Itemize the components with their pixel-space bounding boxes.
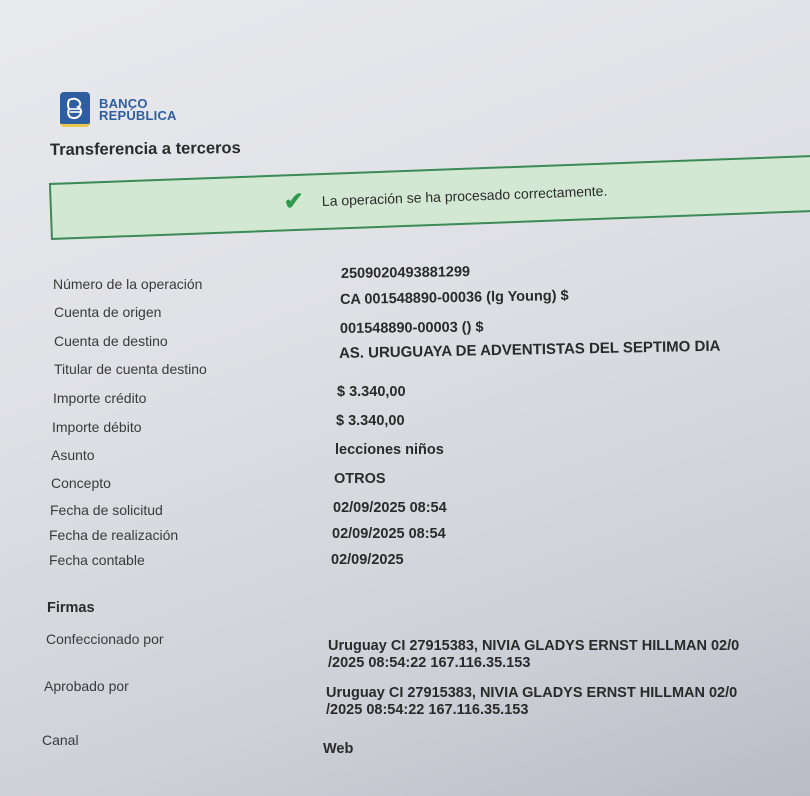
label-destination-holder: Titular de cuenta destino — [54, 361, 207, 377]
approved-by-line2: /2025 08:54:22 167.116.35.153 — [326, 702, 737, 719]
value-request-date: 02/09/2025 08:54 — [333, 500, 447, 516]
approved-by-line1: Uruguay CI 27915383, NIVIA GLADYS ERNST … — [326, 685, 737, 702]
success-message: La operación se ha procesado correctamen… — [322, 183, 608, 209]
label-debit-amount: Importe débito — [52, 419, 142, 435]
value-credit-amount: $ 3.340,00 — [337, 384, 406, 400]
prepared-by-line1: Uruguay CI 27915383, NIVIA GLADYS ERNST … — [328, 638, 739, 655]
bank-logo: BANCO REPÚBLICA — [60, 92, 177, 127]
label-subject: Asunto — [51, 447, 95, 463]
value-operation-number: 2509020493881299 — [341, 264, 470, 282]
value-accounting-date: 02/09/2025 — [331, 552, 404, 568]
bank-name-line2: REPÚBLICA — [99, 110, 177, 122]
label-destination-account: Cuenta de destino — [54, 333, 168, 349]
label-accounting-date: Fecha contable — [49, 552, 145, 568]
label-origin-account: Cuenta de origen — [54, 304, 161, 320]
value-origin-account: CA 001548890-00036 (lg Young) $ — [340, 288, 569, 308]
value-subject: lecciones niños — [335, 442, 444, 458]
label-credit-amount: Importe crédito — [53, 390, 146, 406]
label-approved-by: Aprobado por — [44, 678, 129, 694]
value-destination-holder: AS. URUGUAYA DE ADVENTISTAS DEL SEPTIMO … — [339, 338, 721, 362]
label-request-date: Fecha de solicitud — [50, 502, 163, 518]
signatures-title: Firmas — [47, 600, 95, 616]
value-approved-by: Uruguay CI 27915383, NIVIA GLADYS ERNST … — [326, 685, 737, 719]
prepared-by-line2: /2025 08:54:22 167.116.35.153 — [328, 655, 739, 672]
label-operation-number: Número de la operación — [53, 276, 202, 292]
label-execution-date: Fecha de realización — [49, 527, 178, 543]
value-destination-account: 001548890-00003 () $ — [340, 319, 484, 337]
value-concept: OTROS — [334, 471, 386, 487]
receipt-page: BANCO REPÚBLICA Transferencia a terceros… — [0, 0, 810, 796]
label-channel: Canal — [42, 732, 79, 748]
success-banner: ✔ La operación se ha procesado correctam… — [49, 154, 810, 240]
value-channel: Web — [323, 741, 353, 757]
document-title: Transferencia a terceros — [50, 139, 241, 160]
value-prepared-by: Uruguay CI 27915383, NIVIA GLADYS ERNST … — [328, 638, 739, 672]
bank-logo-icon — [60, 92, 90, 127]
checkmark-icon: ✔ — [283, 190, 304, 215]
label-prepared-by: Confeccionado por — [46, 631, 164, 647]
value-execution-date: 02/09/2025 08:54 — [332, 526, 446, 542]
value-debit-amount: $ 3.340,00 — [336, 413, 405, 429]
label-concept: Concepto — [51, 475, 111, 491]
